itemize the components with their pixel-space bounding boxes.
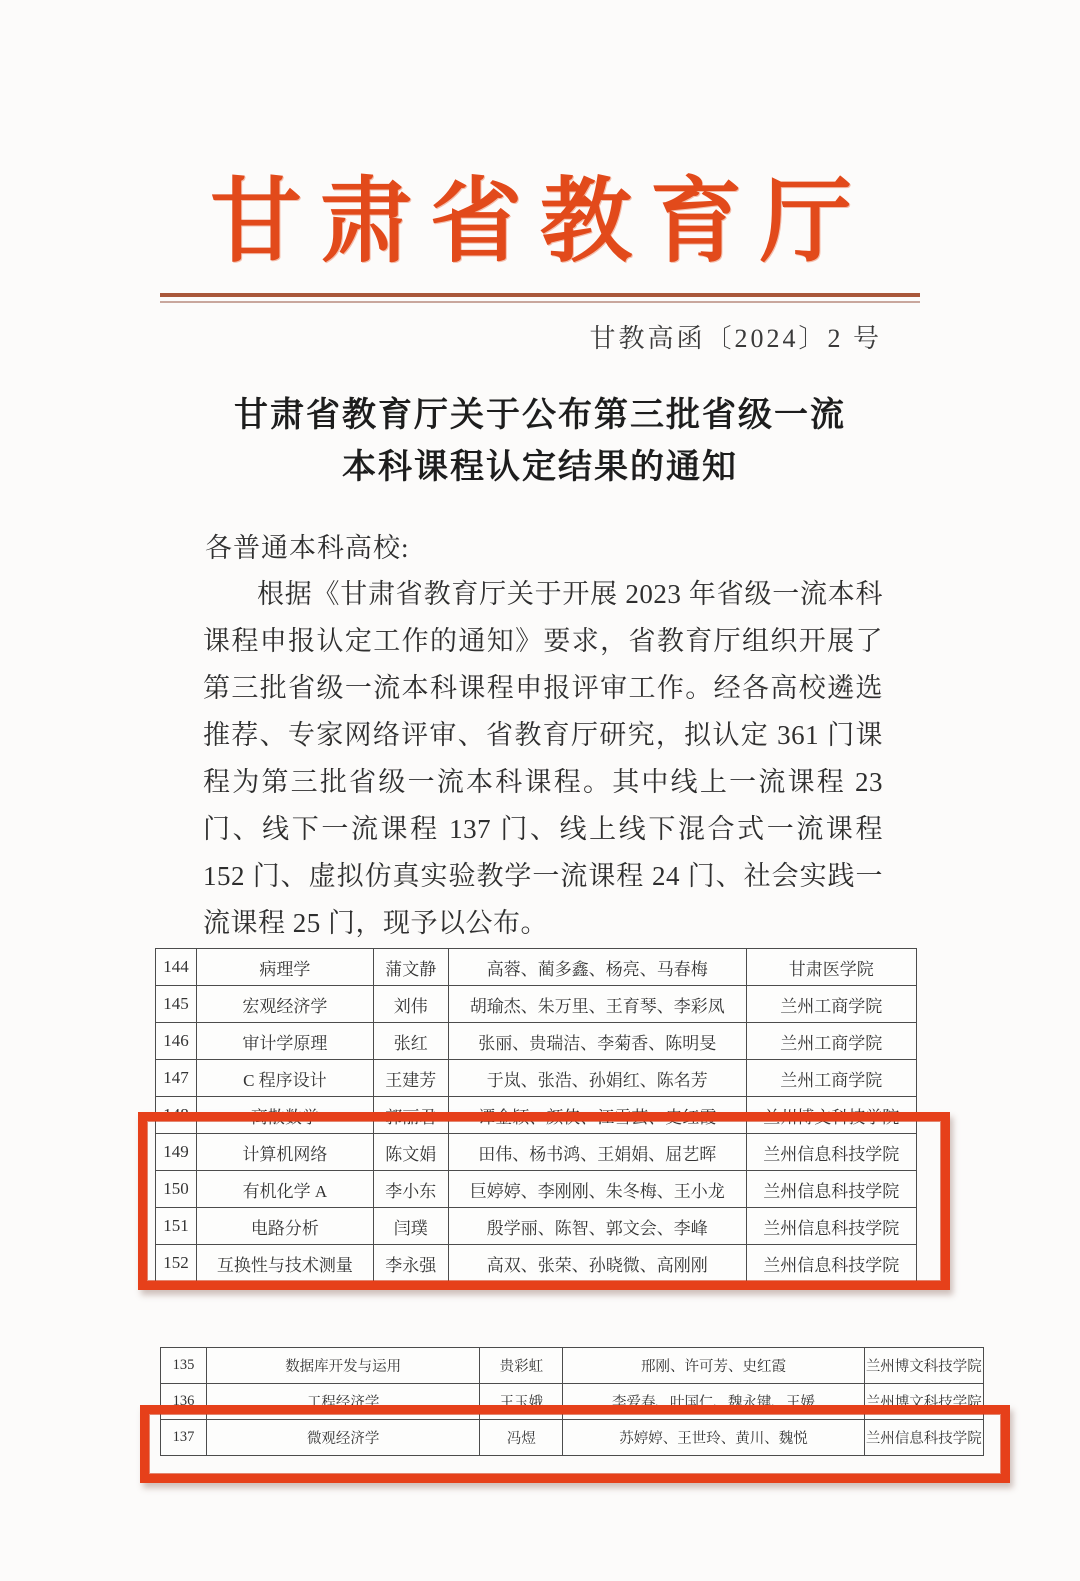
- cell-school: 兰州信息科技学院: [864, 1420, 983, 1456]
- cell-no: 148: [156, 1097, 197, 1134]
- cell-team: 殷学丽、陈智、郭文会、李峰: [448, 1208, 746, 1245]
- cell-no: 145: [156, 986, 197, 1023]
- cell-leader: 蒲文静: [373, 949, 448, 986]
- table-row: 148离散数学郭丽君谭金颖、颜侠、江雪芸、史红霞兰州博文科技学院: [156, 1097, 917, 1134]
- cell-leader: 刘伟: [373, 986, 448, 1023]
- cell-no: 149: [156, 1134, 197, 1171]
- table-row: 144病理学蒲文静高蓉、蔺多鑫、杨亮、马春梅甘肃医学院: [156, 949, 917, 986]
- table-row: 151电路分析闫璞殷学丽、陈智、郭文会、李峰兰州信息科技学院: [156, 1208, 917, 1245]
- cell-no: 147: [156, 1060, 197, 1097]
- cell-course: 工程经济学: [207, 1384, 480, 1420]
- table-row: 147C 程序设计王建芳于岚、张浩、孙娟红、陈名芳兰州工商学院: [156, 1060, 917, 1097]
- cell-course: 微观经济学: [207, 1420, 480, 1456]
- cell-no: 136: [161, 1384, 207, 1420]
- cell-leader: 张红: [373, 1023, 448, 1060]
- cell-school: 兰州信息科技学院: [746, 1245, 916, 1282]
- course-table-lower: 135数据库开发与运用贵彩虹邢刚、许可芳、史红霞兰州博文科技学院136工程经济学…: [160, 1347, 984, 1456]
- cell-team: 李爱春、叶国仁、魏永键、王媛: [563, 1384, 864, 1420]
- cell-course: 病理学: [197, 949, 374, 986]
- cell-leader: 郭丽君: [373, 1097, 448, 1134]
- cell-course: C 程序设计: [197, 1060, 374, 1097]
- cell-team: 张丽、贵瑞洁、李菊香、陈明旻: [448, 1023, 746, 1060]
- cell-no: 151: [156, 1208, 197, 1245]
- cell-school: 兰州信息科技学院: [746, 1171, 916, 1208]
- course-table-upper: 144病理学蒲文静高蓉、蔺多鑫、杨亮、马春梅甘肃医学院145宏观经济学刘伟胡瑜杰…: [155, 948, 917, 1282]
- cell-school: 兰州信息科技学院: [746, 1134, 916, 1171]
- cell-school: 兰州博文科技学院: [746, 1097, 916, 1134]
- cell-team: 邢刚、许可芳、史红霞: [563, 1348, 864, 1384]
- header-divider: [160, 293, 920, 303]
- cell-team: 高蓉、蔺多鑫、杨亮、马春梅: [448, 949, 746, 986]
- table-row: 145宏观经济学刘伟胡瑜杰、朱万里、王育琴、李彩凤兰州工商学院: [156, 986, 917, 1023]
- notice-title: 甘肃省教育厅关于公布第三批省级一流 本科课程认定结果的通知: [0, 390, 1080, 494]
- cell-course: 宏观经济学: [197, 986, 374, 1023]
- cell-leader: 闫璞: [373, 1208, 448, 1245]
- cell-team: 谭金颖、颜侠、江雪芸、史红霞: [448, 1097, 746, 1134]
- cell-leader: 王玉娥: [480, 1384, 563, 1420]
- divider-line-top: [160, 293, 920, 297]
- cell-leader: 王建芳: [373, 1060, 448, 1097]
- cell-school: 兰州博文科技学院: [864, 1348, 983, 1384]
- doc-number: 甘教高函〔2024〕2 号: [160, 318, 920, 355]
- cell-leader: 冯煜: [480, 1420, 563, 1456]
- cell-course: 电路分析: [197, 1208, 374, 1245]
- notice-title-line1: 甘肃省教育厅关于公布第三批省级一流: [0, 390, 1080, 442]
- cell-school: 甘肃医学院: [746, 949, 916, 986]
- cell-leader: 贵彩虹: [480, 1348, 563, 1384]
- table-row: 135数据库开发与运用贵彩虹邢刚、许可芳、史红霞兰州博文科技学院: [161, 1348, 984, 1384]
- cell-school: 兰州工商学院: [746, 986, 916, 1023]
- table-row: 137微观经济学冯煜苏婷婷、王世玲、黄川、魏悦兰州信息科技学院: [161, 1420, 984, 1456]
- cell-school: 兰州工商学院: [746, 1023, 916, 1060]
- cell-course: 数据库开发与运用: [207, 1348, 480, 1384]
- table-row: 136工程经济学王玉娥李爱春、叶国仁、魏永键、王媛兰州博文科技学院: [161, 1384, 984, 1420]
- table-row: 149计算机网络陈文娟田伟、杨书鸿、王娟娟、屈艺晖兰州信息科技学院: [156, 1134, 917, 1171]
- divider-line-bottom: [160, 301, 920, 303]
- notice-title-line2: 本科课程认定结果的通知: [0, 442, 1080, 494]
- table-row: 152互换性与技术测量李永强高双、张荣、孙晓微、高刚刚兰州信息科技学院: [156, 1245, 917, 1282]
- cell-course: 离散数学: [197, 1097, 374, 1134]
- cell-school: 兰州博文科技学院: [864, 1384, 983, 1420]
- cell-team: 于岚、张浩、孙娟红、陈名芳: [448, 1060, 746, 1097]
- cell-course: 计算机网络: [197, 1134, 374, 1171]
- cell-team: 田伟、杨书鸿、王娟娟、屈艺晖: [448, 1134, 746, 1171]
- agency-title: 甘肃省教育厅: [0, 148, 1080, 280]
- cell-course: 互换性与技术测量: [197, 1245, 374, 1282]
- document-page: 甘肃省教育厅 甘教高函〔2024〕2 号 甘肃省教育厅关于公布第三批省级一流 本…: [0, 0, 1080, 1581]
- body-paragraph: 根据《甘肃省教育厅关于开展 2023 年省级一流本科课程申报认定工作的通知》要求…: [203, 571, 883, 947]
- cell-school: 兰州工商学院: [746, 1060, 916, 1097]
- cell-team: 巨婷婷、李刚刚、朱冬梅、王小龙: [448, 1171, 746, 1208]
- cell-course: 有机化学 A: [197, 1171, 374, 1208]
- cell-no: 152: [156, 1245, 197, 1282]
- cell-team: 高双、张荣、孙晓微、高刚刚: [448, 1245, 746, 1282]
- cell-school: 兰州信息科技学院: [746, 1208, 916, 1245]
- cell-no: 137: [161, 1420, 207, 1456]
- cell-course: 审计学原理: [197, 1023, 374, 1060]
- table-row: 146审计学原理张红张丽、贵瑞洁、李菊香、陈明旻兰州工商学院: [156, 1023, 917, 1060]
- cell-leader: 李小东: [373, 1171, 448, 1208]
- cell-no: 135: [161, 1348, 207, 1384]
- salutation: 各普通本科高校:: [205, 526, 410, 565]
- cell-no: 146: [156, 1023, 197, 1060]
- cell-no: 144: [156, 949, 197, 986]
- cell-team: 胡瑜杰、朱万里、王育琴、李彩凤: [448, 986, 746, 1023]
- cell-leader: 李永强: [373, 1245, 448, 1282]
- cell-leader: 陈文娟: [373, 1134, 448, 1171]
- table-row: 150有机化学 A李小东巨婷婷、李刚刚、朱冬梅、王小龙兰州信息科技学院: [156, 1171, 917, 1208]
- cell-no: 150: [156, 1171, 197, 1208]
- cell-team: 苏婷婷、王世玲、黄川、魏悦: [563, 1420, 864, 1456]
